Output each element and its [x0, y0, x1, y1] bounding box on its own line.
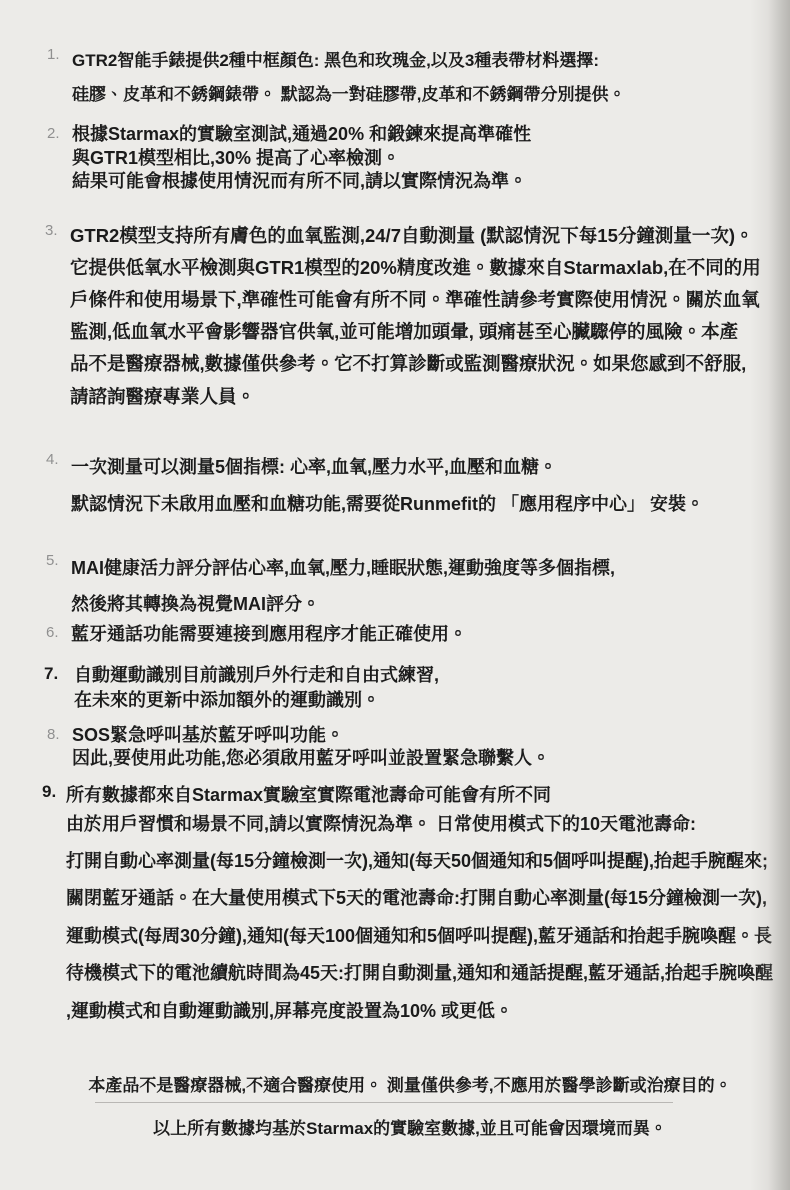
note-line: GTR2智能手錶提供2種中框顏色: 黑色和玫瑰金,以及3種表帶材料選擇:: [72, 44, 762, 78]
note-line: 結果可能會根據使用情況而有所不同,請以實際情況為準。: [72, 170, 762, 194]
note-line: 硅膠、皮革和不銹鋼錶帶。 默認為一對硅膠帶,皮革和不銹鋼帶分別提供。: [72, 78, 762, 112]
note-line: 根據Starmax的實驗室測試,通過20% 和鍛鍊來提高準確性: [72, 123, 762, 147]
note-line: 藍牙通話功能需要連接到應用程序才能正確使用。: [71, 622, 762, 647]
note-text: 藍牙通話功能需要連接到應用程序才能正確使用。: [71, 622, 762, 647]
note-line: 打開自動心率測量(每15分鐘檢測一次),通知(每天50個通知和5個呼叫提醒),抬…: [66, 843, 773, 881]
note-number: 6.: [46, 622, 71, 641]
note-line: GTR2模型支持所有膚色的血氧監測,24/7自動測量 (默認情況下每15分鐘測量…: [70, 220, 762, 252]
note-number: 9.: [42, 781, 66, 802]
note-item-6: 6. 藍牙通話功能需要連接到應用程序才能正確使用。: [0, 622, 762, 647]
note-line: 請諮詢醫療專業人員。: [70, 381, 762, 413]
note-line: 因此,要使用此功能,您必須啟用藍牙呼叫並設置緊急聯繫人。: [72, 747, 762, 770]
note-item-4: 4. 一次測量可以測量5個指標: 心率,血氧,壓力水平,血壓和血糖。 默認情況下…: [0, 449, 762, 523]
note-line: 戶條件和使用場景下,準確性可能會有所不同。準確性請參考實際使用情況。關於血氧: [70, 284, 762, 316]
note-line: 監測,低血氧水平會影響器官供氧,並可能增加頭暈, 頭痛甚至心臟驟停的風險。本產: [70, 316, 762, 348]
note-item-8: 8. SOS緊急呼叫基於藍牙呼叫功能。 因此,要使用此功能,您必須啟用藍牙呼叫並…: [0, 724, 762, 770]
note-item-3: 3. GTR2模型支持所有膚色的血氧監測,24/7自動測量 (默認情況下每15分…: [0, 220, 762, 413]
note-text: 所有數據都來自Starmax實驗室實際電池壽命可能會有所不同 由於用戶習慣和場景…: [66, 781, 773, 1031]
note-item-9: 9. 所有數據都來自Starmax實驗室實際電池壽命可能會有所不同 由於用戶習慣…: [0, 781, 762, 1031]
note-item-5: 5. MAI健康活力評分評估心率,血氧,壓力,睡眠狀態,運動強度等多個指標, 然…: [0, 550, 762, 622]
note-line: 自動運動識別目前識別戶外行走和自由式練習,: [74, 663, 762, 688]
note-text: 一次測量可以測量5個指標: 心率,血氧,壓力水平,血壓和血糖。 默認情況下未啟用…: [71, 449, 762, 523]
note-number: 1.: [47, 44, 72, 63]
notes-list: 1. GTR2智能手錶提供2種中框顏色: 黑色和玫瑰金,以及3種表帶材料選擇: …: [0, 0, 762, 1030]
note-line: 關閉藍牙通話。在大量使用模式下5天的電池壽命:打開自動心率測量(每15分鐘檢測一…: [66, 880, 773, 918]
note-text: 根據Starmax的實驗室測試,通過20% 和鍛鍊來提高準確性 與GTR1模型相…: [72, 123, 762, 194]
note-text: SOS緊急呼叫基於藍牙呼叫功能。 因此,要使用此功能,您必須啟用藍牙呼叫並設置緊…: [72, 724, 762, 770]
footer-disclaimer-line-2: 以上所有數據均基於Starmax的實驗室數據,並且可能會因環境而異。: [60, 1117, 760, 1141]
note-line: MAI健康活力評分評估心率,血氧,壓力,睡眠狀態,運動強度等多個指標,: [71, 550, 762, 586]
footer: 本產品不是醫療器械,不適合醫療使用。 測量僅供參考,不應用於醫學診斷或治療目的。…: [60, 1074, 760, 1141]
note-item-2: 2. 根據Starmax的實驗室測試,通過20% 和鍛鍊來提高準確性 與GTR1…: [0, 123, 762, 194]
note-line: ,運動模式和自動運動識別,屏幕亮度設置為10% 或更低。: [66, 993, 773, 1031]
note-line: 由於用戶習慣和場景不同,請以實際情況為準。 日常使用模式下的10天電池壽命:: [66, 810, 773, 839]
note-text: 自動運動識別目前識別戶外行走和自由式練習, 在未來的更新中添加額外的運動識別。: [74, 663, 762, 713]
disclaimer-page: 1. GTR2智能手錶提供2種中框顏色: 黑色和玫瑰金,以及3種表帶材料選擇: …: [0, 0, 790, 1190]
note-item-1: 1. GTR2智能手錶提供2種中框顏色: 黑色和玫瑰金,以及3種表帶材料選擇: …: [0, 44, 762, 112]
note-number: 5.: [46, 550, 71, 569]
note-text: GTR2模型支持所有膚色的血氧監測,24/7自動測量 (默認情況下每15分鐘測量…: [70, 220, 762, 413]
note-line: 運動模式(每周30分鐘),通知(每天100個通知和5個呼叫提醒),藍牙通話和抬起…: [66, 918, 773, 956]
note-line: 一次測量可以測量5個指標: 心率,血氧,壓力水平,血壓和血糖。: [71, 449, 762, 486]
note-number: 8.: [47, 724, 72, 743]
note-line: 在未來的更新中添加額外的運動識別。: [74, 688, 762, 713]
note-text: MAI健康活力評分評估心率,血氧,壓力,睡眠狀態,運動強度等多個指標, 然後將其…: [71, 550, 762, 622]
note-text: GTR2智能手錶提供2種中框顏色: 黑色和玫瑰金,以及3種表帶材料選擇: 硅膠、…: [72, 44, 762, 112]
note-line: 默認情況下未啟用血壓和血糖功能,需要從Runmefit的 「應用程序中心」 安裝…: [71, 486, 762, 523]
note-item-7: 7. 自動運動識別目前識別戶外行走和自由式練習, 在未來的更新中添加額外的運動識…: [0, 663, 762, 713]
note-number: 3.: [45, 220, 70, 239]
note-line: 品不是醫療器械,數據僅供參考。它不打算診斷或監測醫療狀況。如果您感到不舒服,: [70, 348, 762, 380]
note-line: 它提供低氧水平檢測與GTR1模型的20%精度改進。數據來自Starmaxlab,…: [70, 252, 762, 284]
footer-disclaimer-line-1: 本產品不是醫療器械,不適合醫療使用。 測量僅供參考,不應用於醫學診斷或治療目的。: [60, 1074, 760, 1098]
note-number: 7.: [44, 663, 74, 684]
note-number: 4.: [46, 449, 71, 468]
note-number: 2.: [47, 123, 72, 142]
note-line: 所有數據都來自Starmax實驗室實際電池壽命可能會有所不同: [66, 781, 773, 810]
note-line: SOS緊急呼叫基於藍牙呼叫功能。: [72, 724, 762, 747]
note-line: 與GTR1模型相比,30% 提高了心率檢測。: [72, 147, 762, 171]
note-line: 待機模式下的電池續航時間為45天:打開自動測量,通知和通話提醒,藍牙通話,抬起手…: [66, 955, 773, 993]
note-line: 然後將其轉換為視覺MAI評分。: [71, 586, 762, 622]
